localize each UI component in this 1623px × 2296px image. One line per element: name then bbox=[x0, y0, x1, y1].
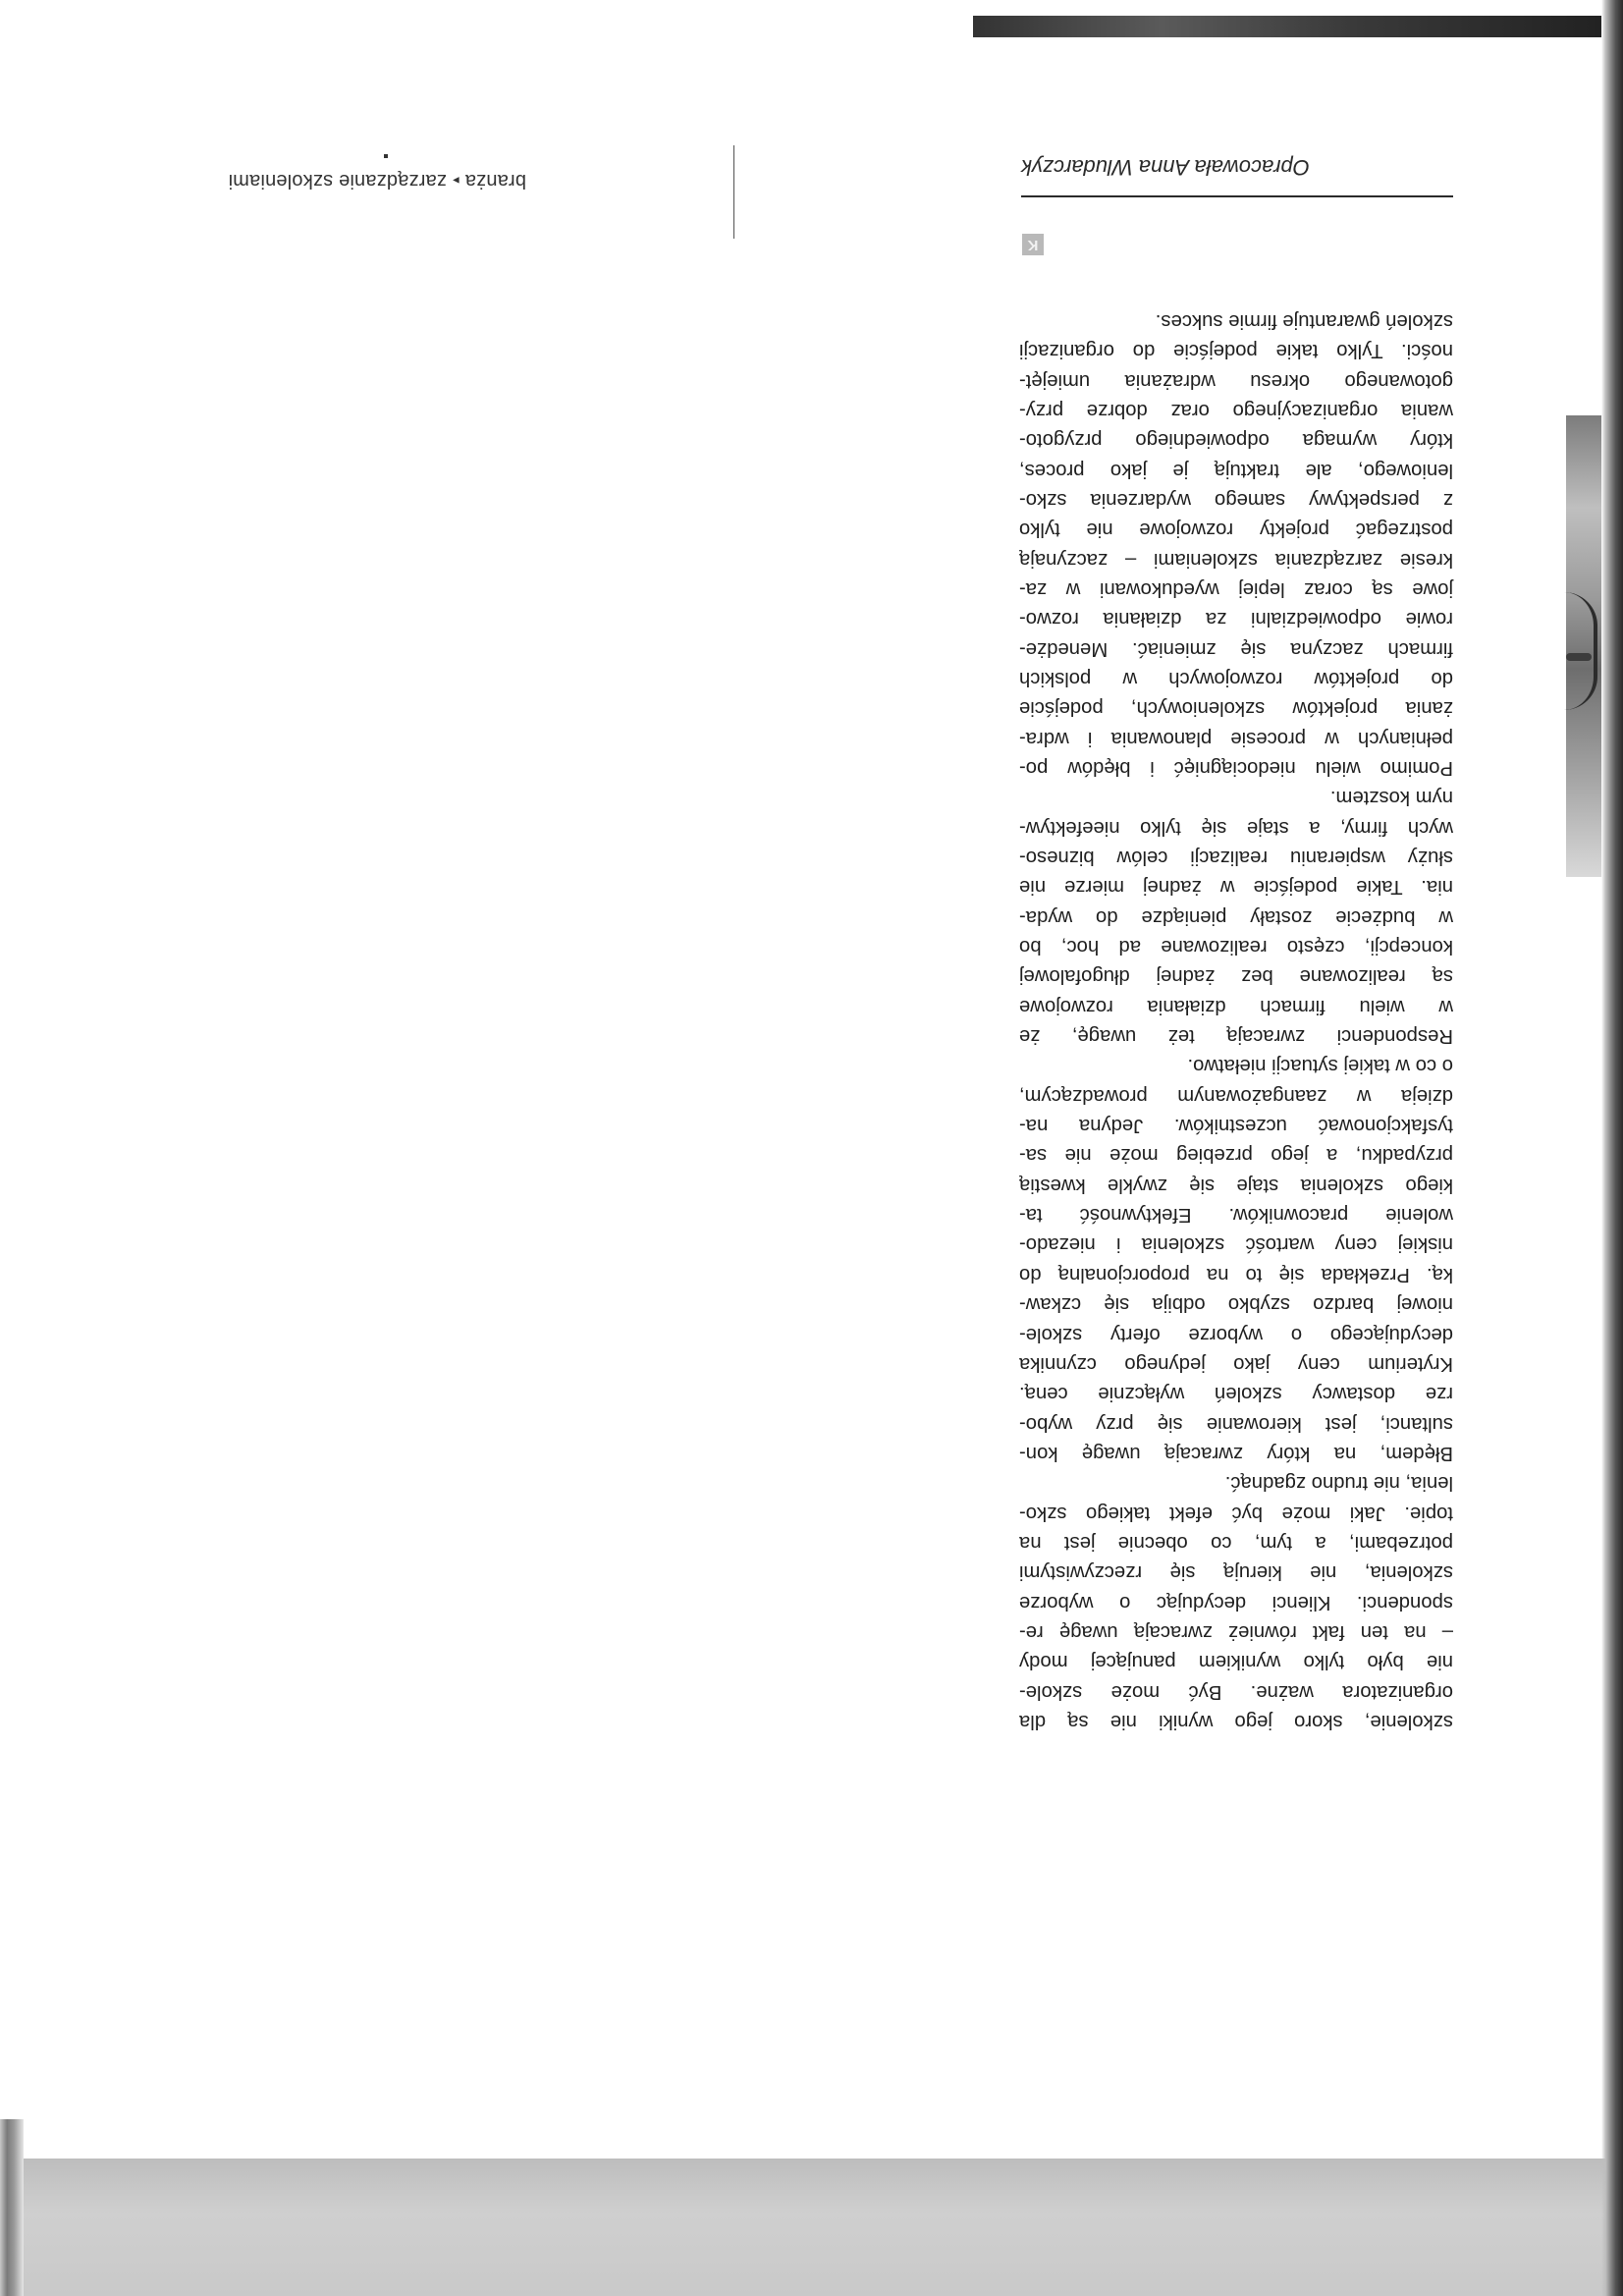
spine-shadow bbox=[1601, 0, 1623, 2296]
text-line: kiego szkolenia staje się zwykle kwestią bbox=[1019, 1170, 1453, 1199]
text-line: decydującego o wyborze oferty szkole- bbox=[1019, 1319, 1453, 1348]
section-name: branża bbox=[465, 170, 526, 191]
section-topic: zarządzanie szkoleniami bbox=[228, 170, 446, 191]
text-line: tysfakcjonować uczestników. Jedyna na- bbox=[1019, 1111, 1453, 1140]
article-column: szkolenie, skoro jego wyniki nie są dla … bbox=[1019, 306, 1453, 1737]
text-line: nym kosztem. bbox=[1019, 783, 1453, 812]
text-line: postrzegać projekty rozwojowe nie tylko bbox=[1019, 515, 1453, 544]
author-divider bbox=[1021, 195, 1453, 197]
text-line: – na ten fakt również zwracają uwagę re- bbox=[1019, 1617, 1453, 1647]
text-line: organizatora ważne. Być może szkole- bbox=[1019, 1676, 1453, 1706]
text-line: gotowanego okresu wdrażania umiejęt- bbox=[1019, 365, 1453, 395]
article-paragraph-3: Respondenci zwracają też uwagę, że w wie… bbox=[1019, 783, 1453, 1051]
magazine-end-mark-icon: K bbox=[1022, 234, 1044, 255]
text-line: pełnianych w procesie planowania i wdra- bbox=[1019, 723, 1453, 752]
text-line: w budżecie zostały pieniądze do wyda- bbox=[1019, 902, 1453, 931]
footer-divider bbox=[733, 145, 734, 239]
text-line: Pomimo wielu niedociągnięć i błędów po- bbox=[1019, 753, 1453, 783]
photo-strip-image bbox=[1566, 415, 1601, 877]
tool-bit-shape bbox=[1566, 653, 1592, 661]
text-line: przypadku, a jego przebieg może nie sa- bbox=[1019, 1140, 1453, 1170]
text-line: szkolenia, nie kierują się rzeczywistymi bbox=[1019, 1558, 1453, 1587]
article-paragraph-2: Błędem, na który zwracają uwagę kon- sul… bbox=[1019, 1051, 1453, 1468]
text-line: dzieja w zaangażowanym prowadzącym, bbox=[1019, 1080, 1453, 1110]
text-line: ności. Tylko takie podejście do organiza… bbox=[1019, 336, 1453, 365]
text-line: kresie zarządzania szkoleniami – zaczyna… bbox=[1019, 544, 1453, 574]
text-line: szkoleń gwarantuje firmie sukces. bbox=[1019, 306, 1453, 336]
text-line: do projektów rozwojowych w polskich bbox=[1019, 664, 1453, 693]
text-line: niowej bardzo szybko odbija się czkaw- bbox=[1019, 1289, 1453, 1319]
text-line: Respondenci zwracają też uwagę, że bbox=[1019, 1021, 1453, 1051]
text-line: spondenci. Klienci decydując o wyborze bbox=[1019, 1587, 1453, 1616]
text-line: o co w takiej sytuacji niełatwo. bbox=[1019, 1051, 1453, 1080]
text-line: potrzebami, a tym, co obecnie jest na bbox=[1019, 1528, 1453, 1558]
text-line: który wymaga odpowiedniego przygoto- bbox=[1019, 425, 1453, 455]
text-line: szkolenie, skoro jego wyniki nie są dla bbox=[1019, 1707, 1453, 1736]
text-line: Błędem, na który zwracają uwagę kon- bbox=[1019, 1439, 1453, 1468]
text-line: wolenie pracowników. Efektywność ta- bbox=[1019, 1200, 1453, 1230]
top-dark-band bbox=[973, 16, 1601, 37]
triangle-right-icon: ▸ bbox=[453, 174, 460, 189]
text-line: wych firmy, a staje się tylko nieefektyw… bbox=[1019, 812, 1453, 842]
text-line: nia. Takie podejście w żadnej mierze nie bbox=[1019, 872, 1453, 902]
section-footer: branża▸zarządzanie szkoleniami bbox=[228, 169, 526, 191]
text-line: są realizowane bez żadnej długofalowej bbox=[1019, 961, 1453, 991]
text-line: w wielu firmach działania rozwojowe bbox=[1019, 991, 1453, 1020]
text-line: topie. Jaki może być efekt takiego szko- bbox=[1019, 1498, 1453, 1527]
author-credit: Opracowała Anna Wludarczyk bbox=[1021, 154, 1453, 180]
text-line: sultanci, jest kierowanie się przy wybo- bbox=[1019, 1408, 1453, 1438]
text-line: żania projektów szkoleniowych, podejście bbox=[1019, 693, 1453, 723]
scanned-page-rotated: szkolenie, skoro jego wyniki nie są dla … bbox=[0, 0, 1623, 2296]
text-line: ką. Przekłada się to na proporcjonalną d… bbox=[1019, 1260, 1453, 1289]
text-line: służy wspieraniu realizacji celów biznes… bbox=[1019, 843, 1453, 872]
text-line: z perspektywy samego wydarzenia szko- bbox=[1019, 485, 1453, 515]
text-line: lenia, nie trudno zgadnąć. bbox=[1019, 1468, 1453, 1498]
scanner-background bbox=[0, 2159, 1623, 2296]
text-line: rowie odpowiedzialni za działania rozwo- bbox=[1019, 604, 1453, 633]
text-line: Kryterium ceny jako jedynego czynnika bbox=[1019, 1349, 1453, 1379]
page-stack-edge bbox=[0, 2119, 24, 2296]
tool-handle-shape bbox=[1564, 592, 1597, 710]
text-line: niskiej ceny wartość szkolenia i niezado… bbox=[1019, 1230, 1453, 1259]
text-line: leniowego, ale traktują je jako proces, bbox=[1019, 455, 1453, 484]
article-paragraph-4: Pomimo wielu niedociągnięć i błędów po- … bbox=[1019, 306, 1453, 784]
text-line: nie było tylko wynikiem panującej mody bbox=[1019, 1647, 1453, 1676]
text-line: wania organizacyjnego oraz dobrze przy- bbox=[1019, 396, 1453, 425]
footer-dot bbox=[384, 154, 388, 158]
text-line: firmach zaczyna się zmieniać. Menedże- bbox=[1019, 633, 1453, 663]
article-paragraph-1: szkolenie, skoro jego wyniki nie są dla … bbox=[1019, 1468, 1453, 1736]
text-line: rze dostawcy szkoleń wyłącznie ceną. bbox=[1019, 1379, 1453, 1408]
text-line: koncepcji, często realizowane ad hoc, bo bbox=[1019, 932, 1453, 961]
text-line: jowe są coraz lepiej wyedukowani w za- bbox=[1019, 574, 1453, 604]
